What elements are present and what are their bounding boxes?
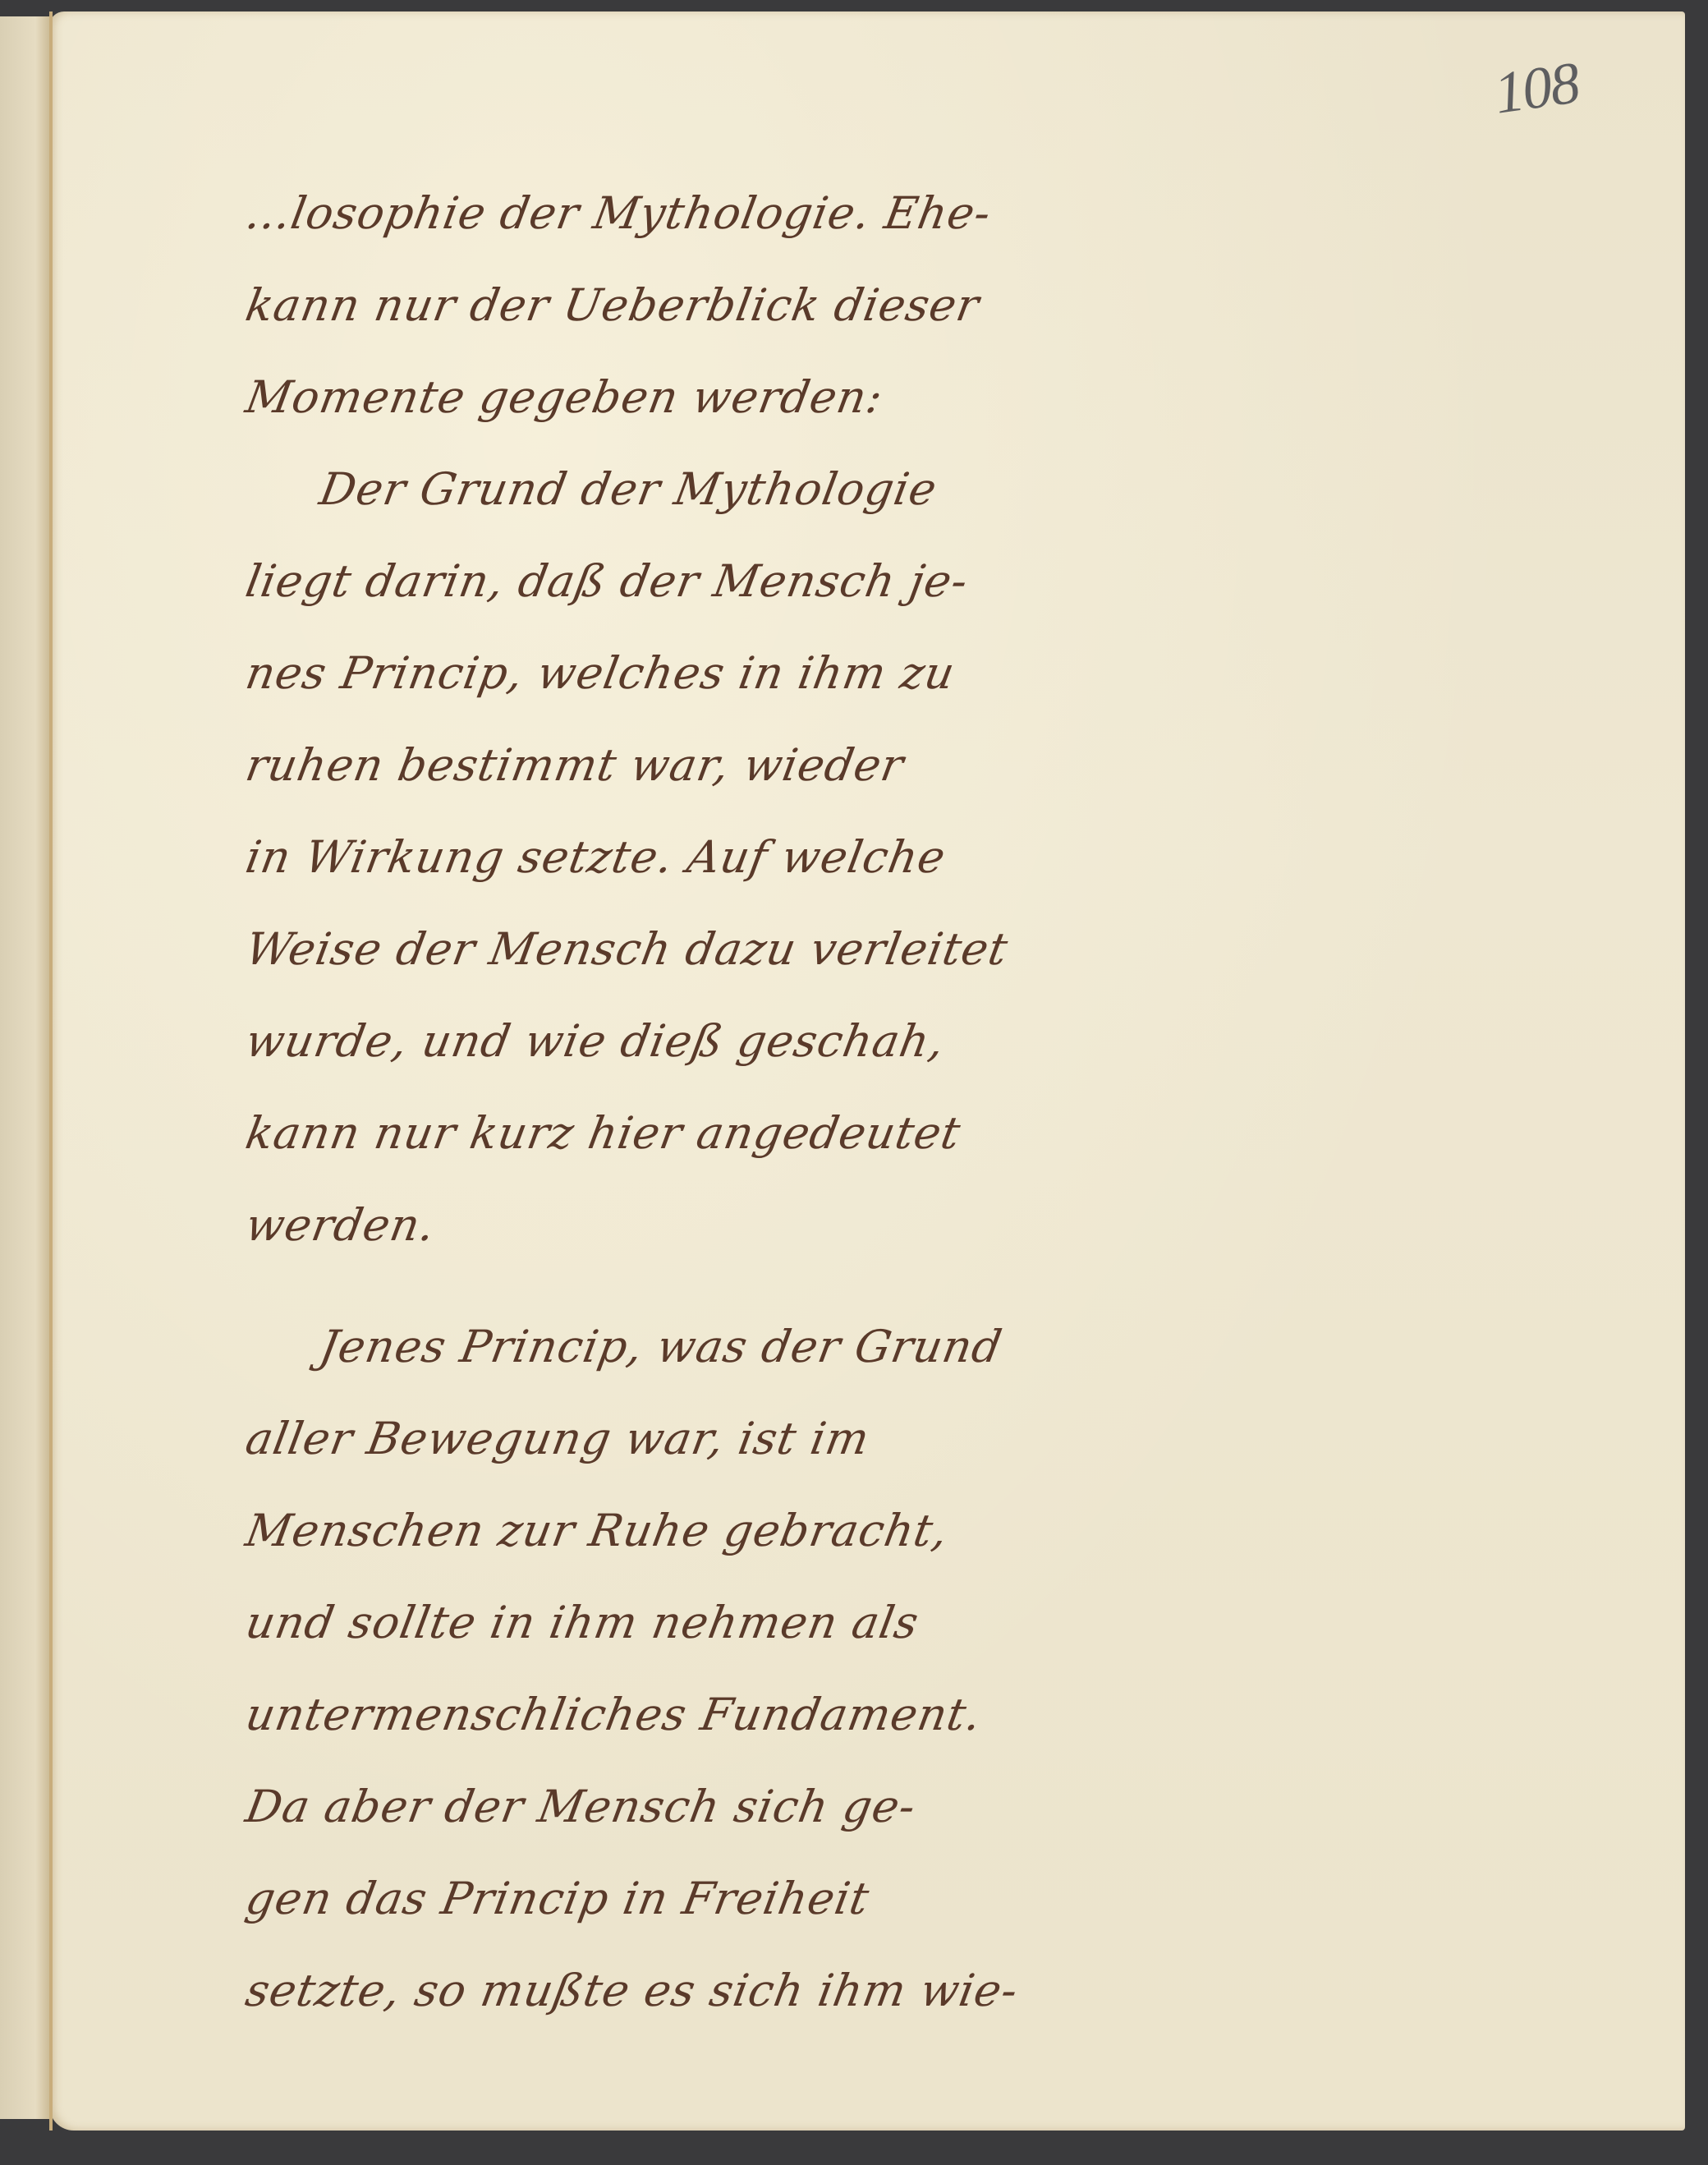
text-line: Da aber der Mensch sich ge- bbox=[238, 1761, 1536, 1853]
text-line: setzte, so mußte es sich ihm wie- bbox=[238, 1945, 1536, 2037]
text-line: …losophie der Mythologie. Ehe- bbox=[238, 168, 1536, 260]
text-line: Weise der Mensch dazu verleitet bbox=[238, 903, 1536, 995]
manuscript-page: 108 …losophie der Mythologie. Ehe- kann … bbox=[49, 11, 1685, 2131]
text-line: wurde, und wie dieß geschah, bbox=[238, 995, 1536, 1087]
text-line: kann nur der Ueberblick dieser bbox=[238, 260, 1536, 352]
folio-number: 108 bbox=[1490, 48, 1583, 127]
text-line: Jenes Princip, was der Grund bbox=[238, 1301, 1536, 1393]
text-line: gen das Princip in Freiheit bbox=[238, 1853, 1536, 1945]
text-line: liegt darin, daß der Mensch je- bbox=[238, 536, 1536, 627]
text-line: aller Bewegung war, ist im bbox=[238, 1393, 1536, 1485]
text-line: nes Princip, welches in ihm zu bbox=[238, 627, 1536, 719]
text-line: werden. bbox=[238, 1179, 1536, 1271]
previous-page-edge bbox=[0, 16, 53, 2119]
text-line: ruhen bestimmt war, wieder bbox=[238, 719, 1536, 811]
text-line: Der Grund der Mythologie bbox=[238, 444, 1536, 536]
text-line: Menschen zur Ruhe gebracht, bbox=[238, 1485, 1536, 1577]
text-line: untermenschliches Fundament. bbox=[238, 1669, 1536, 1761]
text-line: und sollte in ihm nehmen als bbox=[238, 1577, 1536, 1669]
handwritten-text: …losophie der Mythologie. Ehe- kann nur … bbox=[246, 168, 1527, 2037]
text-line: in Wirkung setzte. Auf welche bbox=[238, 811, 1536, 903]
binding-gutter bbox=[49, 11, 53, 2131]
text-line: Momente gegeben werden: bbox=[238, 352, 1536, 444]
text-line: kann nur kurz hier angedeutet bbox=[238, 1087, 1536, 1179]
